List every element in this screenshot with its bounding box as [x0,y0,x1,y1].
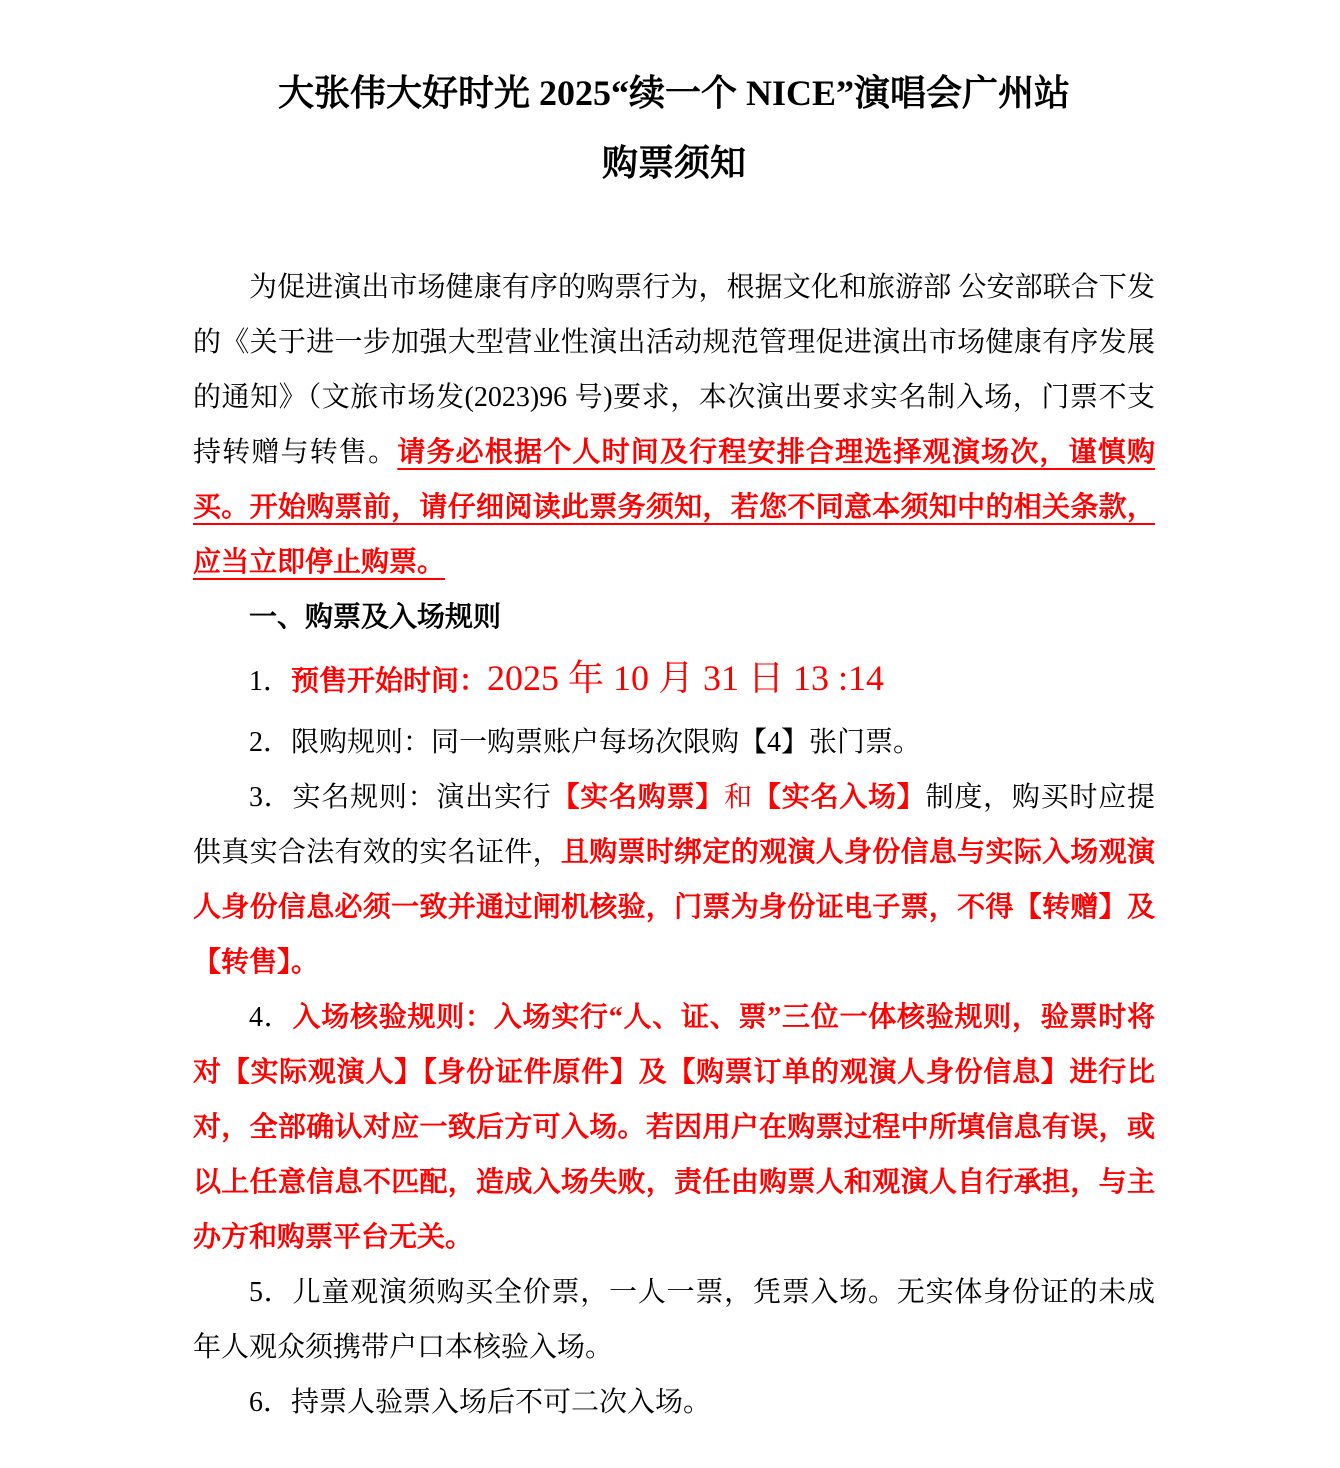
rule-item-6-run: 6．持票人验票入场后不可二次入场。 [249,1387,711,1418]
rule-item-5: 5．儿童观演须购买全价票，一人一票，凭票入场。无实体身份证的未成年人观众须携带户… [193,1265,1155,1375]
rule-item-4: 4．入场核验规则：入场实行“人、证、票”三位一体核验规则，验票时将对【实际观演人… [193,990,1155,1265]
document-title: 大张伟大好时光 2025“续一个 NICE”演唱会广州站 [193,70,1155,116]
rule-item-1-run: 预售开始时间： [291,666,487,697]
rule-item-1-run: 2025 年 10 月 31 日 13 :14 [487,658,884,698]
rule-item-4-run: 4． [249,1002,293,1033]
rule-item-3-run: 【实名入场】 [753,782,926,813]
document-body: 为促进演出市场健康有序的购票行为，根据文化和旅游部 公安部联合下发的《关于进一步… [193,260,1155,1430]
document-subtitle: 购票须知 [193,140,1155,186]
rule-item-3-run: 和 [724,782,753,813]
rule-item-5-run: 5．儿童观演须购买全价票，一人一票，凭票入场。无实体身份证的未成年人观众须携带户… [193,1277,1155,1363]
section-1-heading-run: 一、购票及入场规则 [249,602,501,633]
rule-item-1-run: 1． [249,666,291,697]
rule-item-1: 1．预售开始时间：2025 年 10 月 31 日 13 :14 [193,645,1155,715]
rule-item-3-run: 3．实名规则：演出实行 [249,782,552,813]
document-content: 大张伟大好时光 2025“续一个 NICE”演唱会广州站 购票须知 为促进演出市… [0,0,1340,1430]
section-1-heading: 一、购票及入场规则 [193,590,1155,645]
rule-item-2: 2．限购规则：同一购票账户每场次限购【4】张门票。 [193,715,1155,770]
rule-item-3-run: 【实名购票】 [552,782,725,813]
rule-item-2-run: 2．限购规则：同一购票账户每场次限购【4】张门票。 [249,727,921,758]
rule-item-3: 3．实名规则：演出实行【实名购票】和【实名入场】制度，购买时应提供真实合法有效的… [193,770,1155,990]
intro-paragraph: 为促进演出市场健康有序的购票行为，根据文化和旅游部 公安部联合下发的《关于进一步… [193,260,1155,590]
document-page: 大张伟大好时光 2025“续一个 NICE”演唱会广州站 购票须知 为促进演出市… [0,0,1340,1468]
rule-item-6: 6．持票人验票入场后不可二次入场。 [193,1375,1155,1430]
rule-item-4-run: 入场核验规则：入场实行“人、证、票”三位一体核验规则，验票时将对【实际观演人】【… [193,1002,1155,1253]
